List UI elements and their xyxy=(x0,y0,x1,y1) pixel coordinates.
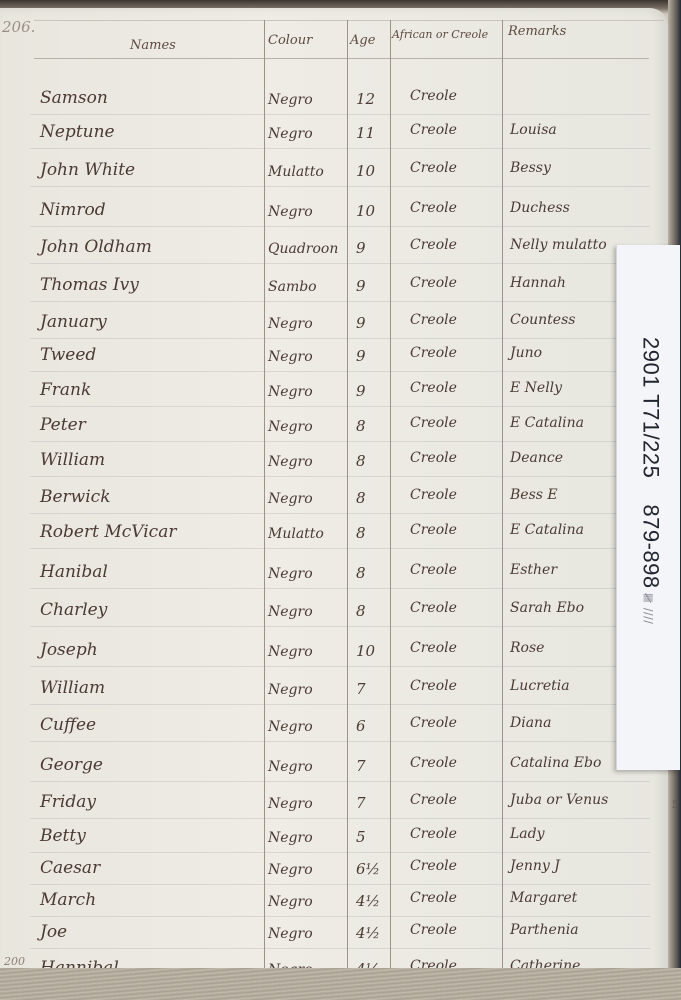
age-cell: 4½ xyxy=(356,924,380,942)
remarks-cell: Sarah Ebo xyxy=(510,600,584,616)
remarks-cell: Jenny J xyxy=(510,858,560,874)
colour-cell: Negro xyxy=(268,454,313,470)
age-cell: 6½ xyxy=(356,860,380,878)
age-cell: 8 xyxy=(356,489,366,507)
name-cell: George xyxy=(40,755,103,775)
remarks-cell: Lucretia xyxy=(510,678,570,694)
name-cell: Betty xyxy=(40,826,86,846)
colour-cell: Negro xyxy=(268,419,313,435)
header-colour: Colour xyxy=(268,33,312,48)
colour-cell: Negro xyxy=(268,719,313,735)
ruled-line xyxy=(30,948,650,949)
name-cell: January xyxy=(40,312,107,332)
edge-mark: 5 xyxy=(672,800,678,811)
origin-cell: Creole xyxy=(410,312,457,328)
origin-cell: Creole xyxy=(410,678,457,694)
age-cell: 8 xyxy=(356,524,366,542)
column-divider-remarks xyxy=(502,20,503,970)
age-cell: 10 xyxy=(356,162,375,180)
remarks-cell: Juba or Venus xyxy=(510,792,608,808)
header-age: Age xyxy=(350,33,375,48)
name-cell: Joe xyxy=(40,922,67,942)
age-cell: 9 xyxy=(356,277,366,295)
page-number: 206. xyxy=(2,18,35,36)
origin-cell: Creole xyxy=(410,88,457,104)
name-cell: Friday xyxy=(40,792,96,812)
remarks-cell: Duchess xyxy=(510,200,570,216)
remarks-cell: E Catalina xyxy=(510,415,584,431)
age-cell: 9 xyxy=(356,314,366,332)
colour-cell: Sambo xyxy=(268,279,317,295)
colour-cell: Negro xyxy=(268,644,313,660)
name-cell: Joseph xyxy=(40,640,98,660)
remarks-cell: Rose xyxy=(510,640,544,656)
age-cell: 8 xyxy=(356,564,366,582)
remarks-cell: Countess xyxy=(510,312,575,328)
colour-cell: Negro xyxy=(268,566,313,582)
ruled-line xyxy=(30,441,650,442)
remarks-cell: Diana xyxy=(510,715,551,731)
age-cell: 7 xyxy=(356,757,366,775)
colour-cell: Negro xyxy=(268,926,313,942)
name-cell: Hanibal xyxy=(40,562,108,582)
ruled-line xyxy=(30,588,650,589)
name-cell: March xyxy=(40,890,96,910)
remarks-cell: Hannah xyxy=(510,275,566,291)
ruled-line xyxy=(30,301,650,302)
origin-cell: Creole xyxy=(410,275,457,291)
name-cell: John White xyxy=(40,160,135,180)
age-cell: 8 xyxy=(356,417,366,435)
top-rule xyxy=(34,20,664,21)
book-page-stack xyxy=(0,968,681,1000)
age-cell: 8 xyxy=(356,602,366,620)
colour-cell: Negro xyxy=(268,796,313,812)
name-cell: Frank xyxy=(40,380,91,400)
remarks-cell: Catalina Ebo xyxy=(510,755,601,771)
remarks-cell: Parthenia xyxy=(510,922,579,938)
colour-cell: Negro xyxy=(268,894,313,910)
origin-cell: Creole xyxy=(410,755,457,771)
remarks-cell: Nelly mulatto xyxy=(510,237,607,253)
age-cell: 6 xyxy=(356,717,366,735)
origin-cell: Creole xyxy=(410,160,457,176)
remarks-cell: Louisa xyxy=(510,122,557,138)
remarks-cell: Juno xyxy=(510,345,542,361)
ruled-line xyxy=(30,406,650,407)
colour-cell: Negro xyxy=(268,862,313,878)
origin-cell: Creole xyxy=(410,922,457,938)
tally-marks: 𝍸 //// xyxy=(641,593,656,625)
colour-cell: Negro xyxy=(268,384,313,400)
age-cell: 10 xyxy=(356,202,375,220)
ruled-line xyxy=(30,226,650,227)
catalogue-reference: 2901 T71/225 xyxy=(639,337,664,478)
ruled-line xyxy=(30,704,650,705)
colour-cell: Negro xyxy=(268,92,313,108)
origin-cell: Creole xyxy=(410,715,457,731)
remarks-cell: Bessy xyxy=(510,160,551,176)
folio-range: 879-898 xyxy=(639,504,664,588)
name-cell: John Oldham xyxy=(40,237,152,257)
name-cell: William xyxy=(40,678,105,698)
ruled-line xyxy=(30,338,650,339)
colour-cell: Negro xyxy=(268,316,313,332)
origin-cell: Creole xyxy=(410,522,457,538)
age-cell: 8 xyxy=(356,452,366,470)
age-cell: 4½ xyxy=(356,892,380,910)
header-names: Names xyxy=(130,38,176,53)
ruled-line xyxy=(30,148,650,149)
origin-cell: Creole xyxy=(410,858,457,874)
name-cell: Thomas Ivy xyxy=(40,275,139,295)
ruled-line xyxy=(30,626,650,627)
age-cell: 9 xyxy=(356,382,366,400)
name-cell: Cuffee xyxy=(40,715,96,735)
ruled-line xyxy=(30,741,650,742)
colour-cell: Mulatto xyxy=(268,164,324,180)
remarks-cell: E Catalina xyxy=(510,522,584,538)
origin-cell: Creole xyxy=(410,600,457,616)
age-cell: 7 xyxy=(356,794,366,812)
colour-cell: Negro xyxy=(268,759,313,775)
ruled-line xyxy=(30,781,650,782)
ruled-line xyxy=(30,884,650,885)
ruled-line xyxy=(30,371,650,372)
origin-cell: Creole xyxy=(410,792,457,808)
origin-cell: Creole xyxy=(410,415,457,431)
archive-reference-slip: 2901 T71/225879-898𝍸 //// xyxy=(616,245,680,770)
column-divider-origin xyxy=(390,20,391,970)
origin-cell: Creole xyxy=(410,487,457,503)
name-cell: Samson xyxy=(40,88,108,108)
name-cell: Peter xyxy=(40,415,86,435)
ruled-line xyxy=(30,666,650,667)
origin-cell: Creole xyxy=(410,200,457,216)
origin-cell: Creole xyxy=(410,562,457,578)
age-cell: 5 xyxy=(356,828,366,846)
column-divider-colour xyxy=(264,20,265,970)
colour-cell: Negro xyxy=(268,604,313,620)
age-cell: 9 xyxy=(356,239,366,257)
colour-cell: Negro xyxy=(268,682,313,698)
ruled-line xyxy=(30,476,650,477)
origin-cell: Creole xyxy=(410,345,457,361)
colour-cell: Negro xyxy=(268,126,313,142)
origin-cell: Creole xyxy=(410,640,457,656)
name-cell: Nimrod xyxy=(40,200,106,220)
colour-cell: Negro xyxy=(268,491,313,507)
name-cell: Caesar xyxy=(40,858,100,878)
ruled-line xyxy=(30,818,650,819)
name-cell: William xyxy=(40,450,105,470)
remarks-cell: Esther xyxy=(510,562,557,578)
ruled-line xyxy=(30,916,650,917)
origin-cell: Creole xyxy=(410,450,457,466)
remarks-cell: Lady xyxy=(510,826,545,842)
remarks-cell: Margaret xyxy=(510,890,577,906)
header-origin: African or Creole xyxy=(392,28,488,41)
remarks-cell: Bess E xyxy=(510,487,558,503)
ruled-line xyxy=(30,186,650,187)
name-cell: Charley xyxy=(40,600,107,620)
reference-text: 2901 T71/225879-898𝍸 //// xyxy=(635,337,664,624)
ruled-line xyxy=(30,852,650,853)
colour-cell: Negro xyxy=(268,204,313,220)
age-cell: 7 xyxy=(356,680,366,698)
header-rule xyxy=(34,58,649,59)
colour-cell: Negro xyxy=(268,349,313,365)
header-remarks: Remarks xyxy=(508,24,566,39)
remarks-cell: E Nelly xyxy=(510,380,562,396)
age-cell: 11 xyxy=(356,124,375,142)
origin-cell: Creole xyxy=(410,237,457,253)
ruled-line xyxy=(30,548,650,549)
colour-cell: Mulatto xyxy=(268,526,324,542)
age-cell: 9 xyxy=(356,347,366,365)
margin-number: 200 xyxy=(4,955,25,968)
age-cell: 12 xyxy=(356,90,375,108)
column-divider-age xyxy=(347,20,348,970)
colour-cell: Quadroon xyxy=(268,241,338,257)
origin-cell: Creole xyxy=(410,380,457,396)
ruled-line xyxy=(30,263,650,264)
name-cell: Neptune xyxy=(40,122,115,142)
age-cell: 10 xyxy=(356,642,375,660)
name-cell: Robert McVicar xyxy=(40,522,176,542)
origin-cell: Creole xyxy=(410,890,457,906)
remarks-cell: Deance xyxy=(510,450,563,466)
origin-cell: Creole xyxy=(410,122,457,138)
ruled-line xyxy=(30,513,650,514)
name-cell: Tweed xyxy=(40,345,96,365)
colour-cell: Negro xyxy=(268,830,313,846)
name-cell: Berwick xyxy=(40,487,111,507)
origin-cell: Creole xyxy=(410,826,457,842)
ruled-line xyxy=(30,114,650,115)
